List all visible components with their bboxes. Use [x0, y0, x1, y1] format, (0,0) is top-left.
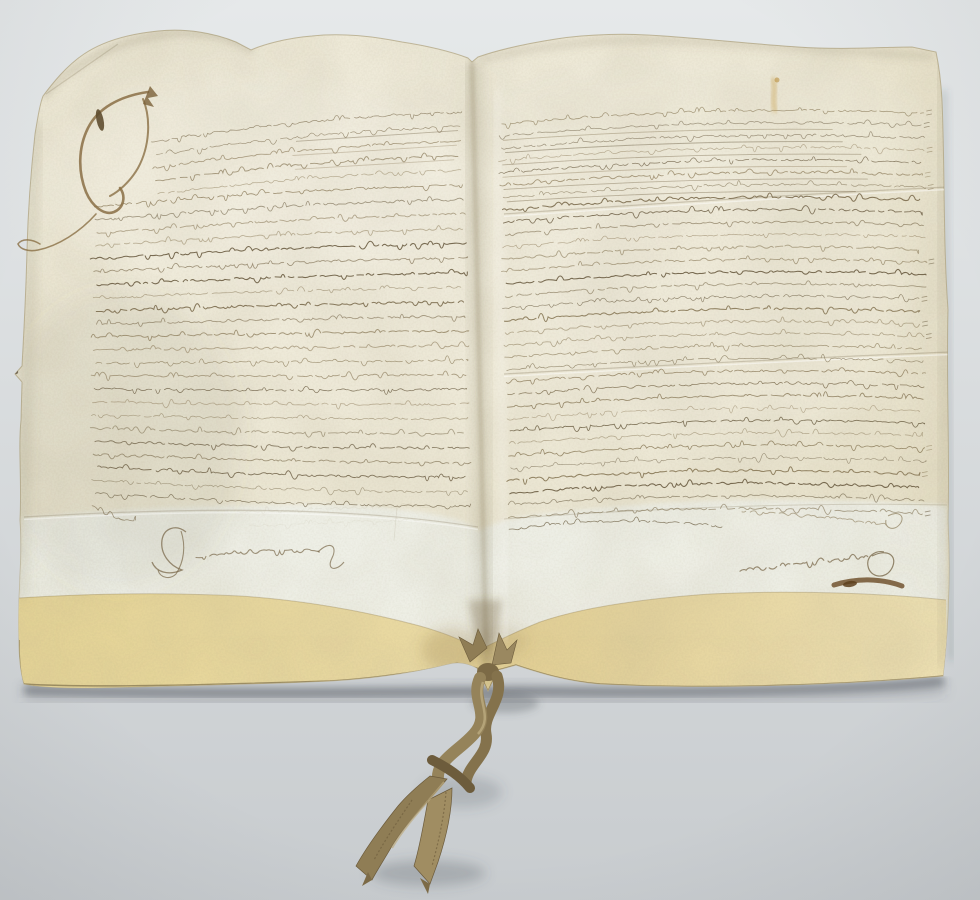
- shade-left-lower: [0, 290, 240, 590]
- highlight-right-mid: [530, 140, 910, 460]
- parchment-surface: [0, 15, 965, 705]
- amber-stain-right-page: [772, 78, 776, 112]
- manuscript-photo: [0, 0, 980, 900]
- manuscript-photo-canvas: [0, 0, 980, 900]
- amber-stain-dot: [775, 78, 780, 83]
